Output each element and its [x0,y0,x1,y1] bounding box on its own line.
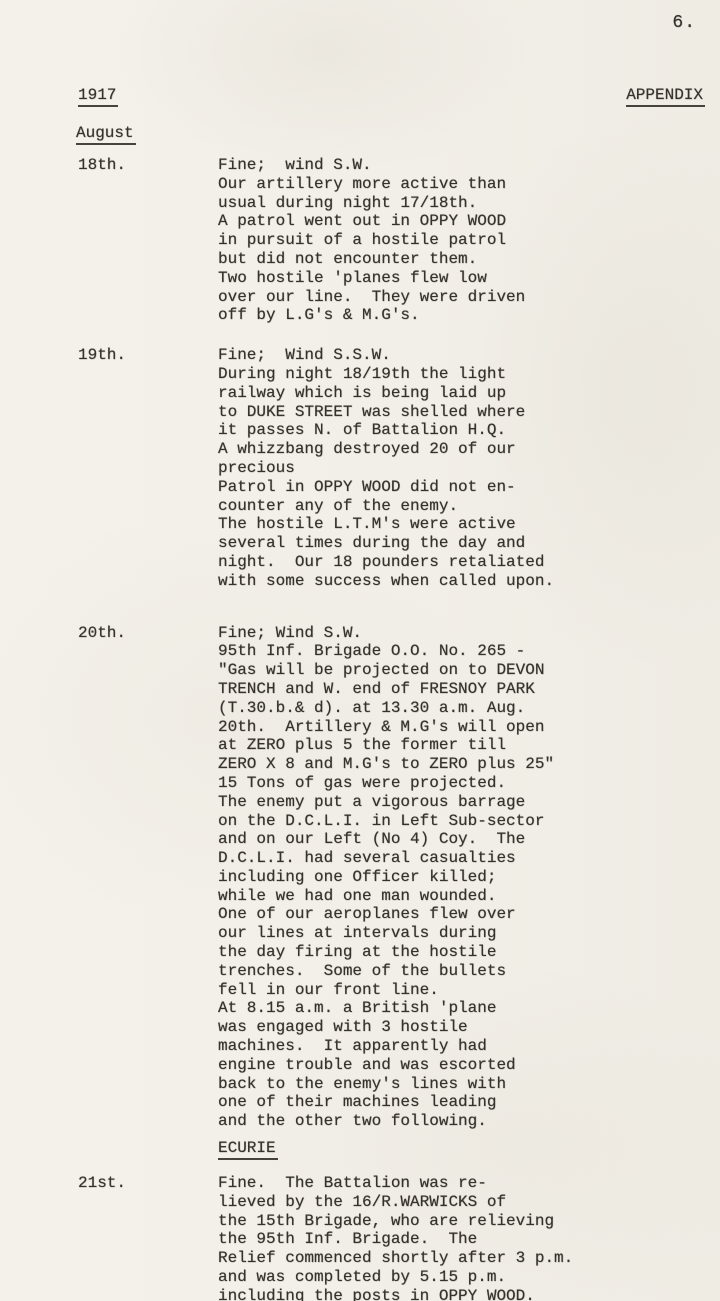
entry-date: 19th. [0,346,218,365]
diary-entry-20th: 20th. Fine; Wind S.W. 95th Inf. Brigade … [0,624,720,1132]
entry-text: Fine; wind S.W. Our artillery more activ… [218,156,720,325]
entry-text: Fine. The Battalion was re- lieved by th… [218,1174,720,1301]
diary-entry-21st: 21st. Fine. The Battalion was re- lieved… [0,1174,720,1301]
diary-entry-19th: 19th. Fine; Wind S.S.W. During night 18/… [0,346,720,590]
diary-entries: 18th. Fine; wind S.W. Our artillery more… [0,156,720,1301]
month-heading: August [76,124,136,145]
entry-date: 21st. [0,1174,218,1193]
entry-date: 18th. [0,156,218,175]
appendix-heading: APPENDIX [626,86,705,107]
entry-text: Fine; Wind S.S.W. During night 18/19th t… [218,346,720,590]
diary-entry-18th: 18th. Fine; wind S.W. Our artillery more… [0,156,720,325]
diary-page: 6. 1917 APPENDIX August 18th. Fine; wind… [0,0,720,1301]
page-number: 6. [672,13,696,33]
entry-date: 20th. [0,624,218,643]
location-heading-wrap: ECURIE [218,1139,720,1160]
location-heading-ecurie: ECURIE [218,1139,278,1160]
year-heading: 1917 [78,86,118,107]
entry-text: Fine; Wind S.W. 95th Inf. Brigade O.O. N… [218,624,720,1132]
month-heading-wrap: August [76,124,136,145]
page-header: 1917 APPENDIX [78,86,705,107]
